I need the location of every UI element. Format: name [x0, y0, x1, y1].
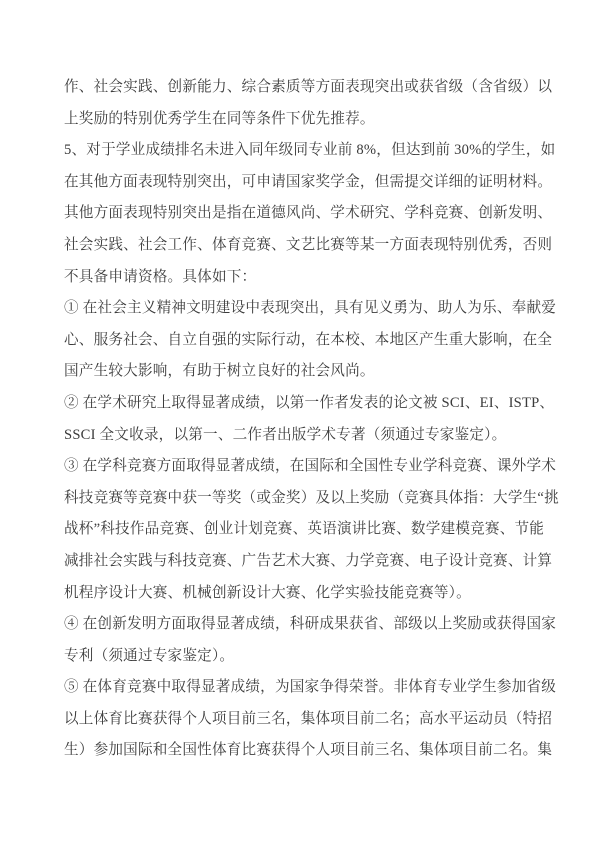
text-line: 机程序设计大赛、机械创新设计大赛、化学实验技能竞赛等）。 [64, 578, 538, 610]
document-text-block: 作、社会实践、创新能力、综合素质等方面表现突出或获省级（含省级）以 上奖励的特别… [64, 72, 538, 767]
document-page: 作、社会实践、创新能力、综合素质等方面表现突出或获省级（含省级）以 上奖励的特别… [0, 0, 600, 848]
text-line: 国产生较大影响，有助于树立良好的社会风尚。 [64, 356, 538, 388]
text-line: 社会实践、社会工作、体育竞赛、文艺比赛等某一方面表现特别优秀，否则 [64, 230, 538, 262]
text-line: 上奖励的特别优秀学生在同等条件下优先推荐。 [64, 104, 538, 136]
text-line: 战杯”科技作品竞赛、创业计划竞赛、英语演讲比赛、数学建模竞赛、节能 [64, 514, 538, 546]
text-line: 减排社会实践与科技竞赛、广告艺术大赛、力学竞赛、电子设计竞赛、计算 [64, 546, 538, 578]
text-line: 其他方面表现特别突出是指在道德风尚、学术研究、学科竞赛、创新发明、 [64, 198, 538, 230]
text-line: ③ 在学科竞赛方面取得显著成绩，在国际和全国性专业学科竞赛、课外学术 [64, 451, 538, 483]
text-line: 心、服务社会、自立自强的实际行动，在本校、本地区产生重大影响，在全 [64, 325, 538, 357]
text-line: 在其他方面表现特别突出，可申请国家奖学金，但需提交详细的证明材料。 [64, 167, 538, 199]
text-line: 以上体育比赛获得个人项目前三名，集体项目前二名；高水平运动员（特招 [64, 704, 538, 736]
text-line: 专利（须通过专家鉴定）。 [64, 641, 538, 673]
text-line: 作、社会实践、创新能力、综合素质等方面表现突出或获省级（含省级）以 [64, 72, 538, 104]
text-line: ① 在社会主义精神文明建设中表现突出，具有见义勇为、助人为乐、奉献爱 [64, 293, 538, 325]
text-line: ⑤ 在体育竞赛中取得显著成绩，为国家争得荣誉。非体育专业学生参加省级 [64, 672, 538, 704]
text-line: ④ 在创新发明方面取得显著成绩，科研成果获省、部级以上奖励或获得国家 [64, 609, 538, 641]
text-line: ② 在学术研究上取得显著成绩，以第一作者发表的论文被 SCI、EI、ISTP、 [64, 388, 538, 420]
text-line: 科技竞赛等竞赛中获一等奖（或金奖）及以上奖励（竞赛具体指：大学生“挑 [64, 483, 538, 515]
text-line: 不具备申请资格。具体如下： [64, 262, 538, 294]
text-line: 5、对于学业成绩排名未进入同年级同专业前 8%，但达到前 30%的学生，如 [64, 135, 538, 167]
text-line: 生）参加国际和全国性体育比赛获得个人项目前三名、集体项目前二名。集 [64, 735, 538, 767]
text-line: SSCI 全文收录，以第一、二作者出版学术专著（须通过专家鉴定）。 [64, 420, 538, 452]
